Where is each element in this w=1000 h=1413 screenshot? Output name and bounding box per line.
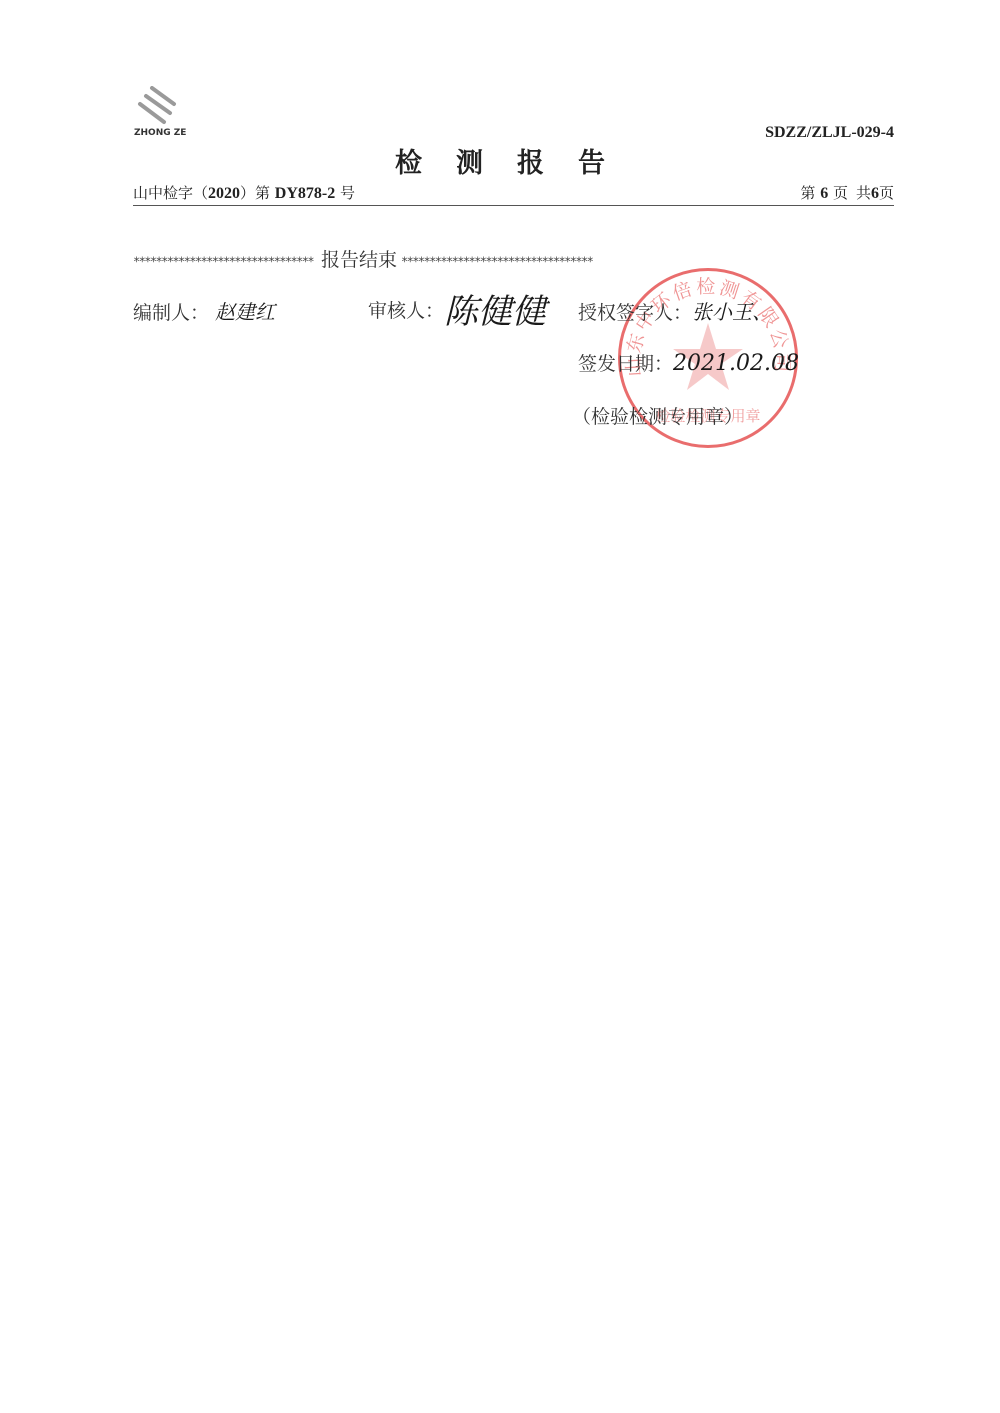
compiler-field: 编制人：赵建红 bbox=[133, 296, 275, 325]
page-label: 第 bbox=[800, 184, 820, 202]
report-code: DY878-2 bbox=[275, 185, 335, 202]
issue-date-value: 2021.02.08 bbox=[673, 351, 799, 376]
reviewer-field: 审核人：陈健健 bbox=[368, 296, 546, 323]
report-end-marker: ********************************报告结束****… bbox=[133, 245, 895, 272]
document-code: SDZZ/ZLJL-029-4 bbox=[765, 124, 894, 142]
issue-date-field: 签发日期：2021.02.08 bbox=[578, 349, 799, 376]
report-number-suffix: 号 bbox=[335, 184, 355, 202]
report-end-text: 报告结束 bbox=[321, 249, 397, 271]
authorizer-field: 授权签字人：张小王、 bbox=[578, 296, 772, 325]
page-number: 6 bbox=[820, 185, 828, 202]
total-label-suffix: 页 bbox=[879, 184, 894, 202]
total-label: 共 bbox=[856, 184, 871, 202]
company-logo: ZHONG ZE bbox=[134, 86, 194, 142]
reviewer-signature: 陈健健 bbox=[444, 292, 546, 332]
logo-stripes-icon bbox=[136, 86, 180, 126]
authorizer-signature: 张小王、 bbox=[692, 300, 772, 324]
right-asterisks: ********************************** bbox=[401, 255, 592, 269]
report-number: 山中检字（2020）第 DY878-2 号 bbox=[133, 182, 355, 203]
report-year: 2020 bbox=[208, 185, 240, 202]
report-title: 检测报告 bbox=[0, 141, 1000, 180]
issue-date-label: 签发日期： bbox=[578, 353, 673, 375]
reviewer-label: 审核人： bbox=[368, 300, 444, 322]
report-number-mid: ）第 bbox=[240, 184, 275, 202]
page-info: 第 6 页 共6页 bbox=[800, 182, 894, 203]
authorizer-label: 授权签字人： bbox=[578, 302, 692, 324]
logo-text: ZHONG ZE bbox=[134, 128, 186, 138]
report-number-prefix: 山中检字（ bbox=[133, 184, 208, 202]
left-asterisks: ******************************** bbox=[133, 255, 313, 269]
compiler-label: 编制人： bbox=[133, 302, 209, 324]
total-pages: 6 bbox=[871, 185, 879, 202]
compiler-signature: 赵建红 bbox=[215, 300, 275, 324]
page-label-suffix: 页 bbox=[828, 184, 848, 202]
header-divider bbox=[133, 205, 894, 206]
seal-note: （检验检测专用章） bbox=[572, 402, 743, 429]
